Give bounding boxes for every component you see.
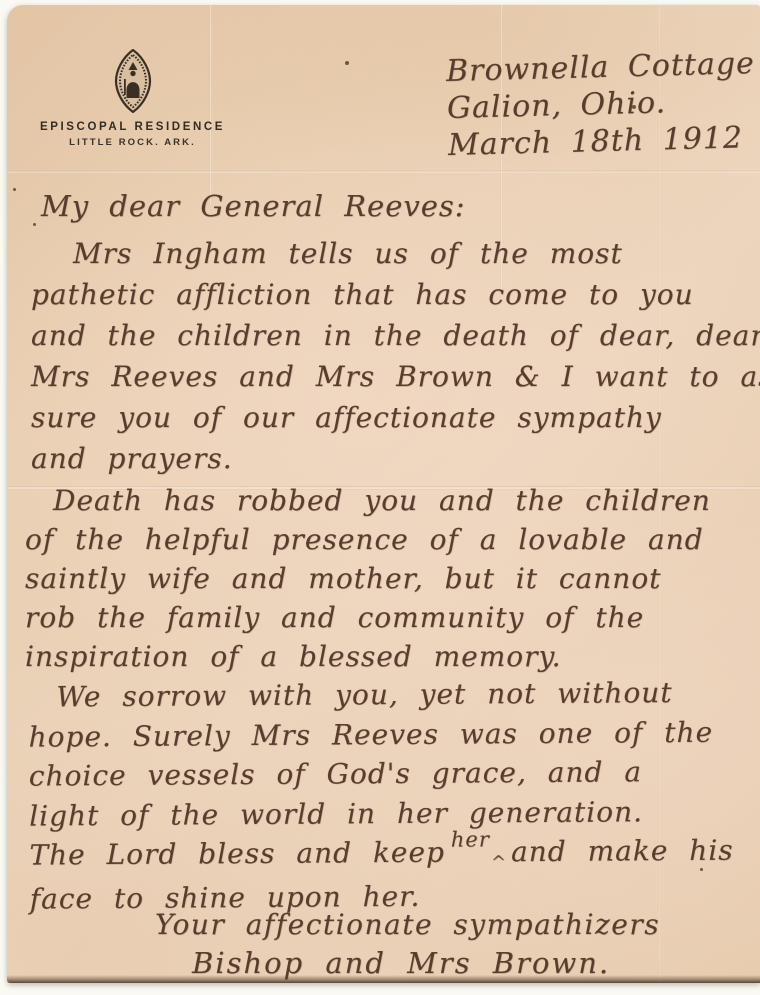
line-segment: The Lord bless and keep	[29, 836, 445, 872]
letter-line: sure you of our affectionate sympathy	[31, 397, 760, 438]
letter-line: hope. Surely Mrs Reeves was one of the	[28, 712, 760, 757]
scanned-letter-page: EPISCOPAL RESIDENCE LITTLE ROCK. ARK. Br…	[0, 0, 760, 995]
letter-line: light of the world in her generation.	[29, 791, 760, 836]
fold-crease-horizontal-top	[7, 170, 760, 173]
speck	[13, 188, 16, 191]
letter-line: saintly wife and mother, but it cannot	[25, 559, 760, 598]
dateline-date: March 18th 1912	[448, 119, 758, 164]
letter-paper: EPISCOPAL RESIDENCE LITTLE ROCK. ARK. Br…	[7, 5, 760, 983]
letter-line: pathetic affliction that has come to you	[31, 274, 760, 315]
letter-line: Death has robbed you and the children	[25, 481, 760, 520]
paragraph-1: Mrs Ingham tells us of the most pathetic…	[31, 233, 760, 479]
paragraph-3: We sorrow with you, yet not without hope…	[28, 672, 760, 918]
letterhead: EPISCOPAL RESIDENCE LITTLE ROCK. ARK.	[35, 49, 230, 148]
salutation: My dear General Reeves:	[41, 189, 466, 223]
letter-line-with-insertion: The Lord bless and keepher^and make his	[29, 830, 760, 879]
letter-line: and prayers.	[31, 438, 760, 479]
letter-line: Mrs Reeves and Mrs Brown & I want to as-	[31, 356, 760, 397]
inserted-word: her	[451, 827, 490, 851]
paragraph-2: Death has robbed you and the children of…	[25, 481, 760, 676]
letter-line: of the helpful presence of a lovable and	[25, 520, 760, 559]
letter-line: We sorrow with you, yet not without	[28, 672, 760, 717]
letter-line: Mrs Ingham tells us of the most	[31, 233, 760, 274]
caret-insertion-mark: ^	[491, 852, 507, 873]
letter-line: rob the family and community of the	[25, 598, 760, 637]
speck	[345, 61, 349, 65]
episcopal-bishop-seal-icon	[113, 49, 153, 113]
paper-bottom-edge	[7, 975, 760, 983]
speck	[33, 223, 36, 226]
line-segment: and make his	[511, 834, 734, 869]
letter-line: and the children in the death of dear, d…	[31, 315, 760, 356]
letterhead-location: LITTLE ROCK. ARK.	[35, 137, 230, 148]
letter-line: inspiration of a blessed memory.	[25, 637, 760, 676]
letter-line: choice vessels of God's grace, and a	[29, 751, 760, 796]
closing-valediction: Your affectionate sympathizers	[155, 908, 660, 941]
letterhead-title: EPISCOPAL RESIDENCE	[35, 121, 230, 133]
dateline: Brownella Cottage Galion, Ohio. March 18…	[446, 45, 758, 164]
